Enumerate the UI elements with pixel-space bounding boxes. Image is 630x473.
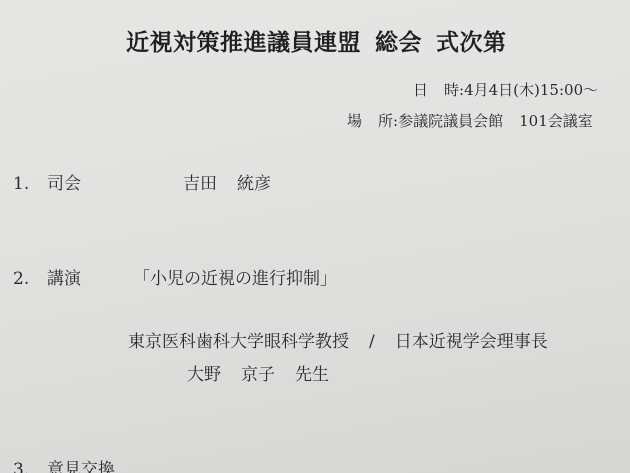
date-label-1: 日 [413, 83, 428, 98]
item-number: 3. [13, 462, 47, 473]
speaker-name: 大野京子先生 [187, 367, 329, 384]
agenda-item-2: 2.講演 [13, 271, 81, 288]
title-organization: 近視対策推進議員連盟 [126, 30, 361, 56]
item-label: 司会 [47, 174, 81, 194]
document-title: 近視対策推進議員連盟総会式次第 [126, 32, 507, 55]
speaker-given-name: 京子 [241, 365, 275, 385]
speaker-affiliation: 東京医科歯科大学眼科学教授/日本近視学会理事長 [128, 334, 548, 351]
moderator-given-name: 統彦 [237, 174, 271, 194]
date-value: 4月4日(木)15:00～ [464, 81, 598, 99]
moderator-family-name: 吉田 [183, 174, 217, 194]
agenda-item-3: 3.意見交換 [13, 462, 115, 473]
affiliation-society: 日本近視学会理事長 [395, 332, 548, 352]
moderator-name: 吉田統彦 [183, 176, 271, 193]
title-meeting: 総会 [375, 30, 422, 56]
item-label: 講演 [47, 269, 81, 289]
item-label: 意見交換 [47, 460, 115, 473]
agenda-item-1: 1.司会 [13, 176, 81, 193]
place-label-2: 所 [378, 114, 393, 129]
item-number: 1. [13, 176, 47, 193]
affiliation-university: 東京医科歯科大学眼科学教授 [128, 332, 349, 352]
item-number: 2. [13, 271, 47, 288]
agenda-document: 近視対策推進議員連盟総会式次第 日時:4月4日(木)15:00～ 場所:参議院議… [0, 0, 630, 473]
date-label-2: 時 [444, 83, 459, 98]
lecture-topic: 「小児の近視の進行抑制」 [133, 271, 337, 288]
affiliation-separator: / [369, 332, 375, 352]
meeting-date: 日時:4月4日(木)15:00～ [413, 83, 598, 98]
speaker-family-name: 大野 [187, 365, 221, 385]
meeting-place: 場所:参議院議員会館101会議室 [347, 114, 593, 129]
place-building: 参議院議員会館 [398, 112, 503, 130]
place-room: 101会議室 [519, 112, 593, 130]
place-label-1: 場 [347, 114, 362, 129]
speaker-honorific: 先生 [295, 365, 329, 385]
title-doc-type: 式次第 [436, 30, 507, 56]
